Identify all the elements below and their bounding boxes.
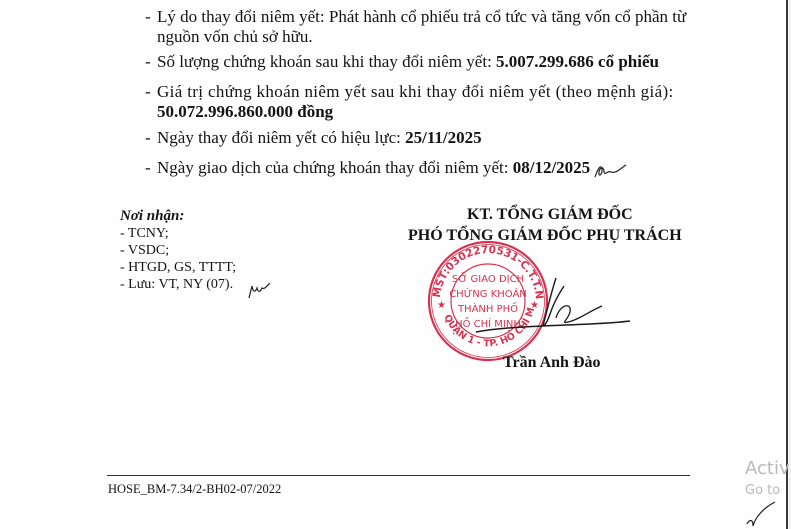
handwritten-signature-icon [460, 270, 640, 350]
signer-name: Trần Anh Đào [503, 354, 601, 372]
listed-value-amount: 50.072.996.860.000 đồng [157, 102, 333, 121]
svg-text:★: ★ [437, 300, 446, 311]
reason-continuation: nguồn vốn chủ sở hữu. [157, 27, 313, 47]
initials-mark-icon [592, 160, 628, 180]
recipient-item: - TCNY; [120, 225, 236, 242]
bullet-dash: - [145, 82, 151, 102]
recipient-item: - HTGD, GS, TTTT; [120, 259, 236, 276]
recipient-item: - VSDC; [120, 242, 236, 259]
bullet-dash: - [145, 52, 151, 72]
signature-title-line1: KT. TỔNG GIÁM ĐỐC [467, 206, 633, 224]
reason-text: Lý do thay đổi niêm yết: Phát hành cổ ph… [157, 7, 686, 27]
listed-value-label: Giá trị chứng khoán niêm yết sau khi tha… [157, 82, 674, 102]
initials-mark-icon [246, 280, 272, 300]
trading-date-label: Ngày giao dịch của chứng khoán thay đổi … [157, 158, 513, 177]
bullet-dash: - [145, 7, 151, 27]
check-mark-icon [745, 500, 781, 528]
bullet-dash: - [145, 158, 151, 178]
effective-date-value: 25/11/2025 [405, 128, 482, 147]
share-count-label: Số lượng chứng khoán sau khi thay đổi ni… [157, 52, 496, 71]
recipient-item: - Lưu: VT, NY (07). [120, 276, 236, 293]
effective-date-label: Ngày thay đổi niêm yết có hiệu lực: [157, 128, 405, 147]
recipients-block: Nơi nhận: - TCNY; - VSDC; - HTGD, GS, TT… [120, 208, 236, 293]
bullet-dash: - [145, 128, 151, 148]
activation-watermark-subtitle: Go to [745, 483, 780, 498]
footer-divider [107, 475, 690, 476]
trading-date-value: 08/12/2025 [513, 158, 590, 177]
form-code: HOSE_BM-7.34/2-BH02-07/2022 [108, 482, 281, 497]
document-page: - Lý do thay đổi niêm yết: Phát hành cổ … [0, 0, 787, 529]
recipients-heading: Nơi nhận: [120, 208, 236, 225]
share-count-value: 5.007.299.686 cổ phiếu [496, 52, 659, 71]
activation-watermark-title: Activ [745, 458, 790, 479]
